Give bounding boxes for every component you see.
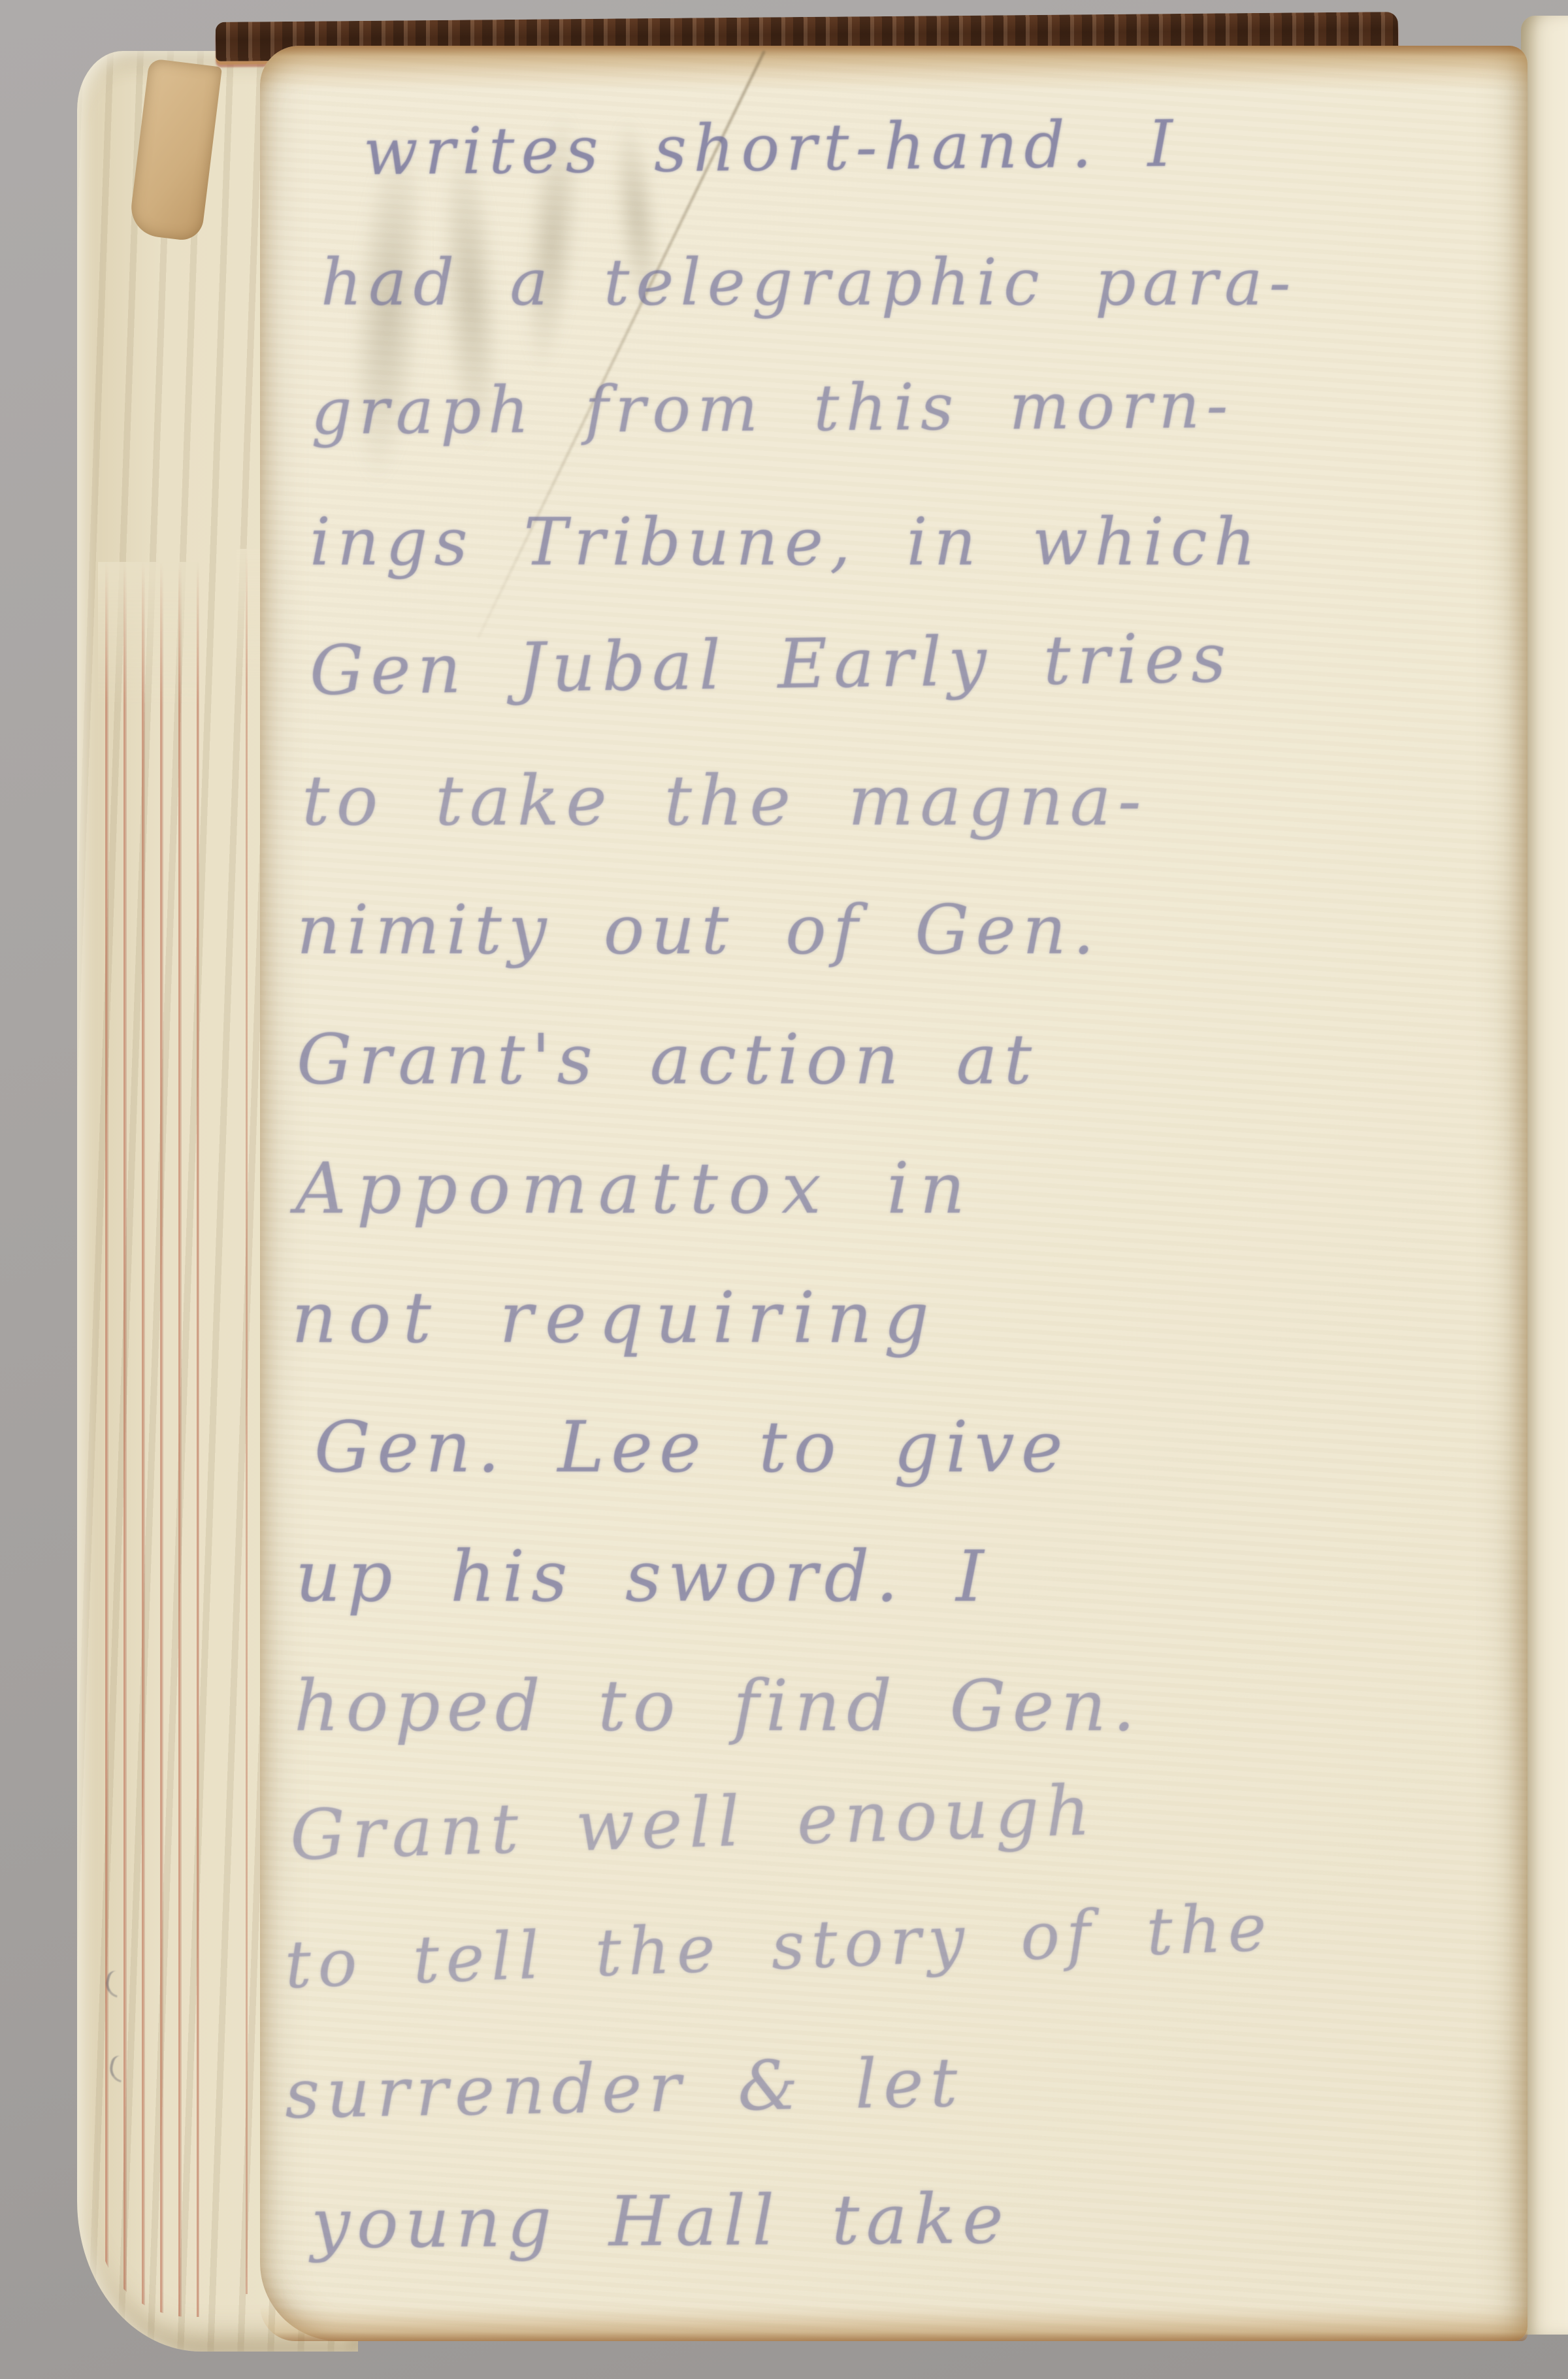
handwriting-line: to take the magna- [285,736,1533,865]
handwriting-line: ings Tribune, in which [285,477,1533,606]
handwriting-line: young Hall take [284,2150,1533,2288]
handwriting-line: not requiring [285,1253,1533,1383]
handwriting-line: Grant's action at [285,994,1533,1124]
handwriting-line: Gen Jubal Early tries [284,589,1534,736]
handwriting-line: writes short-hand. I [284,76,1533,218]
handwriting-line: up his sword. I [285,1512,1533,1641]
red-stained-page-edges [98,562,199,2317]
handwriting-line: had a telegraphic para- [285,218,1533,348]
handwriting-line: surrender & let [284,2008,1533,2159]
handwriting-line: nimity out of Gen. [285,865,1533,994]
handwriting-line: graph from this morn- [284,339,1533,477]
handwriting-line: Appomattox in [285,1124,1533,1253]
handwriting-line: Gen. Lee to give [285,1383,1533,1512]
handwriting-block: writes short-hand. I had a telegraphic p… [285,89,1533,2288]
